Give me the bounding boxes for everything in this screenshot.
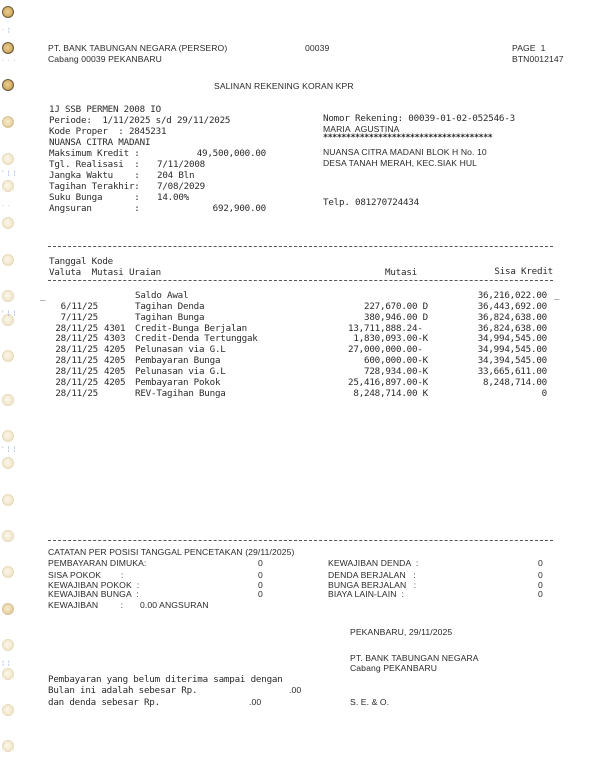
punch-hole-icon <box>2 457 14 469</box>
document-title: SALINAN REKENING KORAN KPR <box>214 81 354 92</box>
punch-hole-icon <box>2 180 14 192</box>
cell-date: 7/11/25 <box>40 312 98 323</box>
divider <box>48 246 553 247</box>
cell-sisa-kredit: 34,994,545.00 <box>440 333 547 344</box>
note-line-3-value: .00 <box>249 697 261 708</box>
margin-mark-icon: ' ¦ ¦ <box>2 170 17 177</box>
punch-hole-icon <box>2 116 14 128</box>
loan-scheme: 1J SSB PERMEN 2008 IO <box>49 104 161 115</box>
punch-hole-icon <box>2 153 14 165</box>
cell-date: 28/11/25 <box>40 388 98 399</box>
kode-proper: Kode Proper : 2845231 <box>49 126 166 137</box>
punch-hole-icon <box>2 603 14 615</box>
cell-mutasi: 8,248,714.00 K <box>300 388 428 399</box>
tagihan-terakhir-value: 7/08/2029 <box>157 181 205 192</box>
punch-hole-icon <box>2 290 14 302</box>
footer-branch: Cabang PEKANBARU <box>350 663 437 674</box>
cell-code: 4205 <box>104 366 125 377</box>
margin-mark-icon: · · · <box>2 58 17 65</box>
cell-sisa-kredit: 36,824,638.00 <box>440 312 547 323</box>
address-line-2: DESA TANAH MERAH, KEC.SIAK HUL <box>323 158 477 169</box>
cell-description: Pelunasan via G.L <box>135 366 226 377</box>
cell-sisa-kredit: 36,443,692.00 <box>440 301 547 312</box>
field-label: Maksimum Kredit : <box>49 148 140 159</box>
bank-name: PT. BANK TABUNGAN NEGARA (PERSERO) <box>48 43 227 54</box>
cell-description: Saldo Awal <box>135 290 188 301</box>
punch-hole-icon <box>2 217 14 229</box>
kewajiban-denda-value: 0 <box>538 558 543 569</box>
cell-mutasi: 227,670.00 D <box>300 301 428 312</box>
cell-sisa-kredit: 8,248,714.00 <box>440 377 547 388</box>
column-header-sisa-kredit: Sisa Kredit <box>470 266 553 277</box>
field-label: Tgl. Realisasi : <box>49 159 140 170</box>
seo-disclaimer: S. E. & O. <box>350 697 389 708</box>
cell-date: 28/11/25 <box>40 333 98 344</box>
statement-period: Periode: 1/11/2025 s/d 29/11/2025 <box>49 115 230 126</box>
summary-label: BIAYA LAIN-LAIN : <box>328 589 404 600</box>
cell-description: Tagihan Denda <box>135 301 204 312</box>
margin-mark-icon: ' ¦ ¦ <box>2 446 17 453</box>
cell-mutasi: 25,416,897.00-K <box>300 377 428 388</box>
punch-hole-icon <box>2 42 14 54</box>
cell-sisa-kredit: 34,994,545.00 <box>440 344 547 355</box>
cell-code: 4205 <box>104 377 125 388</box>
field-label: Suku Bunga : <box>49 192 140 203</box>
cell-date: 28/11/25 <box>40 377 98 388</box>
project-name: NUANSA CITRA MADANI <box>49 137 150 148</box>
divider <box>48 540 553 541</box>
cell-description: Pelunasan via G.L <box>135 344 226 355</box>
field-label: Angsuran : <box>49 203 140 214</box>
punch-hole-icon <box>2 6 14 18</box>
summary-label: PEMBAYARAN DIMUKA: <box>48 558 146 569</box>
punch-hole-icon <box>2 740 14 752</box>
margin-mark-icon: ' ¦ ¦ <box>2 310 17 317</box>
note-line-1: Pembayaran yang belum diterima sampai de… <box>48 674 283 685</box>
margin-mark-icon: · · <box>2 203 11 210</box>
cell-code: 4303 <box>104 333 125 344</box>
punch-hole-icon <box>2 79 14 91</box>
cell-sisa-kredit: 0 <box>440 388 547 399</box>
summary-title: CATATAN PER POSISI TANGGAL PENCETAKAN (2… <box>48 547 295 558</box>
cell-mutasi: 1,830,093.00-K <box>300 333 428 344</box>
tgl-realisasi-value: 7/11/2008 <box>157 159 205 170</box>
cell-mutasi: 600,000.00-K <box>300 355 428 366</box>
page-number: PAGE 1 <box>512 43 546 54</box>
jangka-waktu-value: 204 Bln <box>157 170 194 181</box>
suku-bunga-value: 14.00% <box>157 192 189 203</box>
kewajiban-value: 0.00 ANGSURAN <box>140 600 209 611</box>
account-number: Nomor Rekening: 00039-01-02-052546-3 <box>323 113 515 124</box>
column-header-tanggal-kode: Tanggal Kode <box>49 256 113 267</box>
punch-hole-icon <box>2 704 14 716</box>
cell-description: Tagihan Bunga <box>135 312 204 323</box>
punch-hole-icon <box>2 254 14 266</box>
punch-hole-icon <box>2 566 14 578</box>
punch-hole-icon <box>2 394 14 406</box>
row-marker: _ <box>40 291 45 302</box>
cell-sisa-kredit: 36,216,022.00 <box>440 290 547 301</box>
cell-mutasi: 27,000,000.00- <box>300 344 428 355</box>
cell-sisa-kredit: 34,394,545.00 <box>440 355 547 366</box>
cell-code: 4205 <box>104 355 125 366</box>
cell-description: Pembayaran Pokok <box>135 377 220 388</box>
cell-date: 6/11/25 <box>40 301 98 312</box>
star-separator: ************************************* <box>323 133 492 144</box>
cell-description: Pembayaran Bunga <box>135 355 220 366</box>
place-date: PEKANBARU, 29/11/2025 <box>350 627 452 638</box>
note-line-2-value: .00 <box>289 685 301 696</box>
field-label: Tagihan Terakhir: <box>49 181 140 192</box>
cell-mutasi: 380,946.00 D <box>300 312 428 323</box>
margin-mark-icon: ¦ ¦ <box>2 660 11 667</box>
branch-code: 00039 <box>305 43 329 54</box>
field-label: Jangka Waktu : <box>49 170 140 181</box>
cell-description: REV-Tagihan Bunga <box>135 388 226 399</box>
margin-mark-icon: · ¦ <box>2 27 11 34</box>
phone-number: Telp. 081270724434 <box>323 197 419 208</box>
punch-hole-icon <box>2 494 14 506</box>
cell-description: Credit-Denda Tertunggak <box>135 333 258 344</box>
divider <box>48 280 553 281</box>
summary-label: KEWAJIBAN BUNGA : <box>48 589 139 600</box>
cell-date: 28/11/25 <box>40 355 98 366</box>
cell-mutasi: 728,934.00-K <box>300 366 428 377</box>
kewajiban-bunga-value: 0 <box>258 589 263 600</box>
pembayaran-dimuka-value: 0 <box>258 558 263 569</box>
row-marker: _ <box>554 290 559 301</box>
punch-hole-icon <box>2 430 14 442</box>
column-header-valuta-mutasi-uraian: Valuta Mutasi Uraian <box>49 267 161 278</box>
branch-name: Cabang 00039 PEKANBARU <box>48 54 162 65</box>
punch-hole-icon <box>2 639 14 651</box>
address-line-1: NUANSA CITRA MADANI BLOK H No. 10 <box>323 147 487 158</box>
punch-hole-icon <box>2 530 14 542</box>
maksimum-kredit-value: 49,500,000.00 <box>160 148 266 159</box>
angsuran-value: 692,900.00 <box>160 203 266 214</box>
document-code: BTN0012147 <box>512 54 564 65</box>
cell-date: 28/11/25 <box>40 344 98 355</box>
summary-label: KEWAJIBAN DENDA : <box>328 558 418 569</box>
note-line-2: Bulan ini adalah sebesar Rp. <box>48 685 197 696</box>
cell-sisa-kredit: 33,665,611.00 <box>440 366 547 377</box>
cell-date: 28/11/25 <box>40 366 98 377</box>
summary-label: KEWAJIBAN : <box>48 600 123 611</box>
punch-hole-icon <box>2 668 14 680</box>
punch-hole-icon <box>2 350 14 362</box>
biaya-lain-value: 0 <box>538 589 543 600</box>
column-header-mutasi: Mutasi <box>385 267 417 278</box>
cell-code: 4205 <box>104 344 125 355</box>
note-line-3: dan denda sebesar Rp. <box>48 697 160 708</box>
